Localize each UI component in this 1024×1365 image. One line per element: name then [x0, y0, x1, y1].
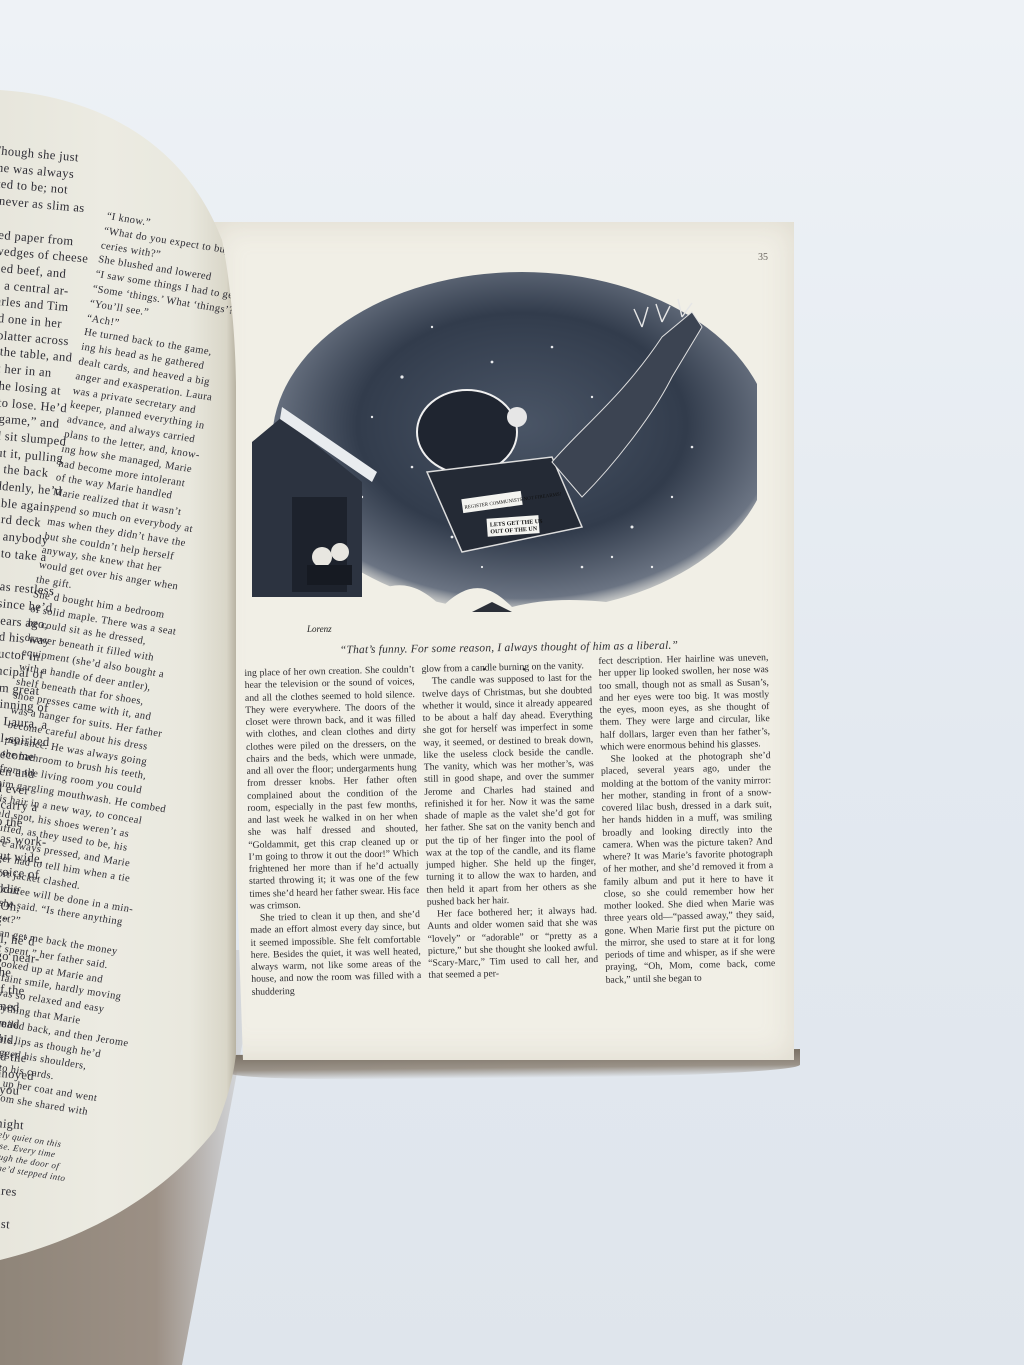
page-number: 35 [758, 252, 768, 263]
left-page: Though she justshe was alwaysnted to be;… [0, 90, 236, 1260]
photo-scene: 35 [0, 0, 1024, 1365]
svg-text:Lorenz: Lorenz [306, 624, 332, 634]
paragraph: She looked at the photograph she’d place… [600, 750, 775, 987]
right-page: 35 [214, 222, 794, 1060]
text-column-2: glow from a candle burning on the vanity… [421, 660, 598, 982]
text-column-1: ing place of her own creation. She could… [244, 664, 421, 999]
paragraph: The candle was supposed to last for the … [422, 672, 597, 909]
paragraph: She tried to clean it up then, and she’d… [250, 909, 422, 999]
paragraph: Her face bothered her; it always had. Au… [427, 905, 599, 982]
paragraph: ing place of her own creation. She could… [244, 664, 420, 913]
text-column-3: fect description. Her hairline was uneve… [598, 652, 775, 987]
paragraph: fect description. Her hairline was uneve… [598, 652, 770, 754]
cartoon-illustration: REGISTER COMMUNISTS NOT FIREARMS! LETS G… [252, 267, 757, 637]
